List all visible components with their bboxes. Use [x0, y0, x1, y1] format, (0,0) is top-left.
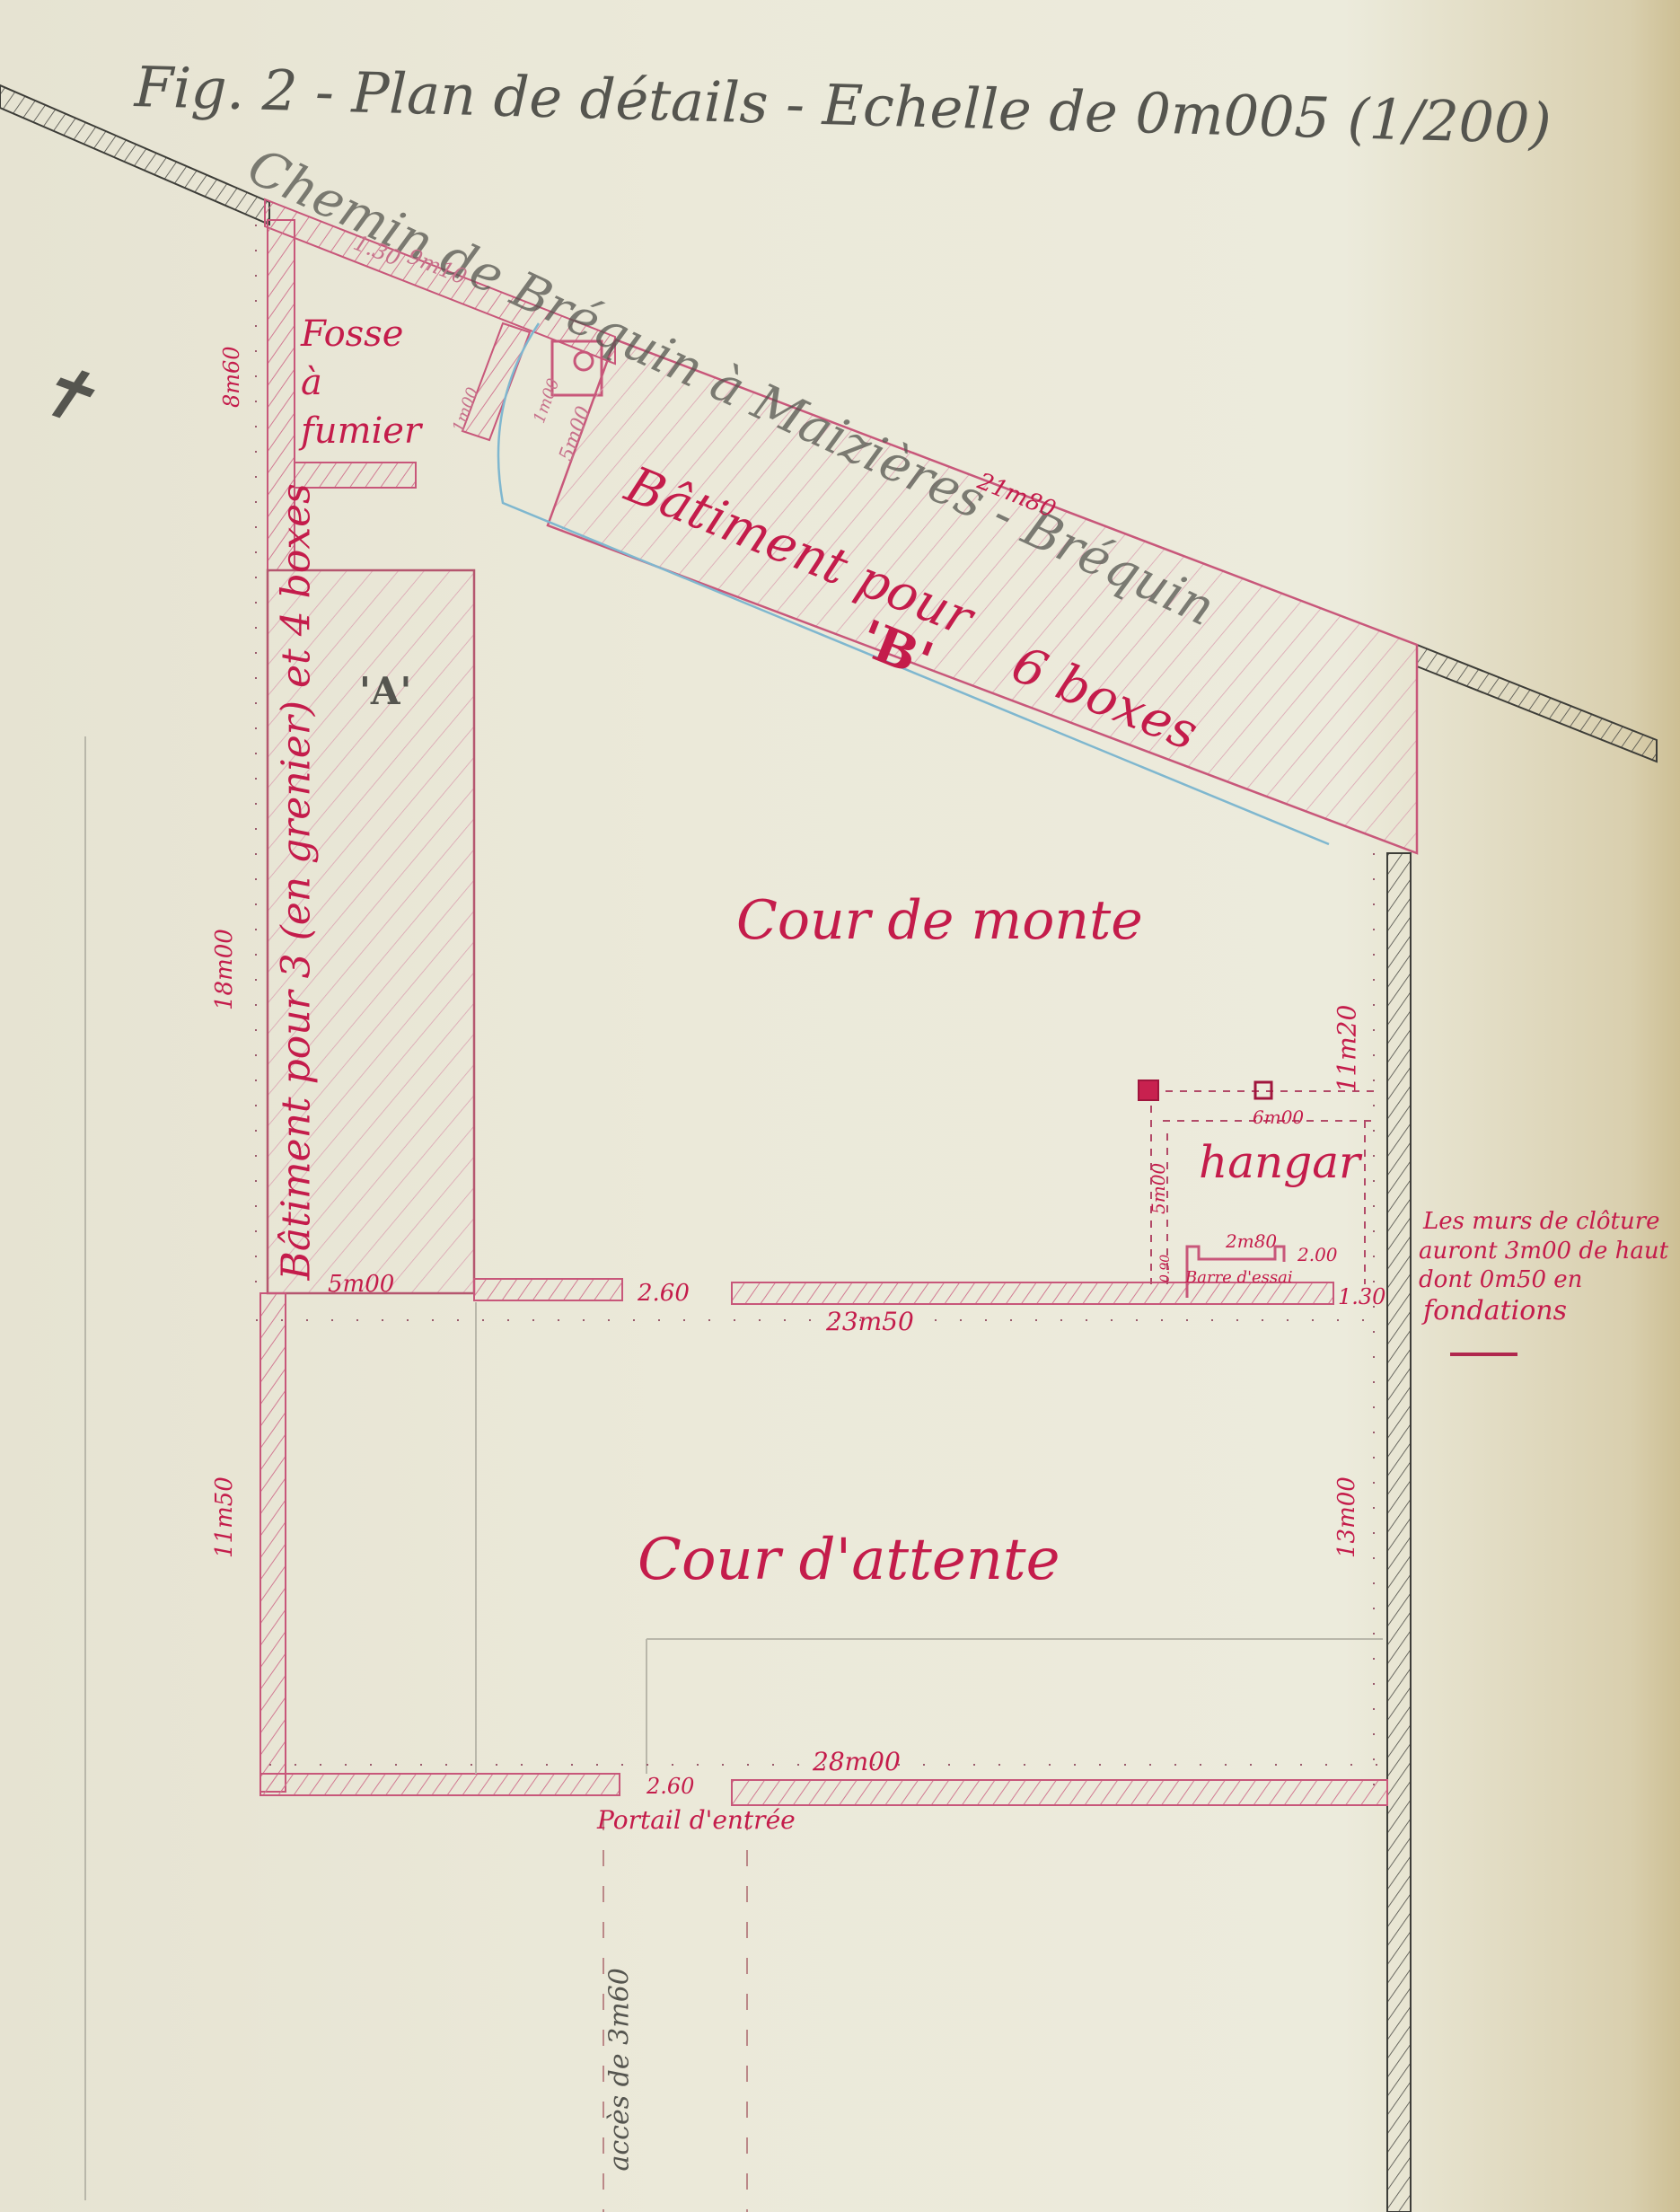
- right-boundary-wall: [1387, 853, 1411, 2212]
- dim-barre-offset: 2.00: [1297, 1244, 1338, 1265]
- cour-attente-label: Cour d'attente: [638, 1527, 1060, 1593]
- building-a-label: Bâtiment pour 3 (en grenier) et 4 boxes: [274, 483, 320, 1280]
- acces-label: accès de 3m60: [604, 1968, 636, 2171]
- dim-hangar-width: 6m00: [1253, 1106, 1304, 1128]
- portail-label: Portail d'entrée: [597, 1805, 796, 1835]
- dim-right-upper: 11m20: [1333, 1005, 1362, 1093]
- dim-mid-wall: 23m50: [826, 1307, 914, 1336]
- hangar-post-1: [1139, 1080, 1158, 1100]
- cour-de-monte-label: Cour de monte: [736, 889, 1143, 952]
- hangar-label: hangar: [1199, 1136, 1360, 1188]
- dim-left-lower: 11m50: [211, 1476, 238, 1558]
- mid-wall-segment-1: [474, 1279, 622, 1300]
- dim-right-end: 1.30: [1338, 1284, 1385, 1309]
- dim-barre-small: 0.90: [1158, 1255, 1173, 1282]
- note-line-2: auront 3m00 de haut: [1419, 1238, 1668, 1265]
- dim-hangar-depth: 5m00: [1148, 1163, 1169, 1214]
- bottom-wall-segment-1: [260, 1774, 620, 1795]
- dim-building-a-width: 5m00: [328, 1271, 394, 1298]
- building-a-tag: 'A': [359, 669, 411, 713]
- dim-building-a-height: 18m00: [211, 929, 238, 1010]
- dim-barre-width: 2m80: [1226, 1230, 1277, 1252]
- dim-gap-mid: 2.60: [638, 1280, 690, 1307]
- plan-sheet: ✝ Fig. 2 - Plan de détails - Echelle de …: [0, 0, 1680, 2212]
- dim-left-upper: 8m60: [219, 346, 244, 408]
- fosse-label: Fosse à fumier: [301, 310, 427, 455]
- building-b: [548, 339, 1417, 853]
- note-line-4: fondations: [1423, 1295, 1567, 1326]
- dim-bottom-wall: 28m00: [813, 1747, 901, 1776]
- road-wall-right: [1417, 645, 1657, 762]
- note-line-3: dont 0m50 en: [1419, 1266, 1582, 1293]
- dim-right-lower: 13m00: [1333, 1476, 1360, 1558]
- fosse-diagonal-wall: [462, 323, 530, 440]
- plan-drawing: [0, 0, 1680, 2212]
- dim-gap-bottom: 2.60: [646, 1774, 694, 1799]
- barre-essai-label: Barre d'essai: [1185, 1268, 1293, 1287]
- note-line-1: Les murs de clôture: [1423, 1208, 1660, 1235]
- bottom-wall-segment-2: [732, 1780, 1387, 1805]
- left-wall-lower: [260, 1293, 286, 1792]
